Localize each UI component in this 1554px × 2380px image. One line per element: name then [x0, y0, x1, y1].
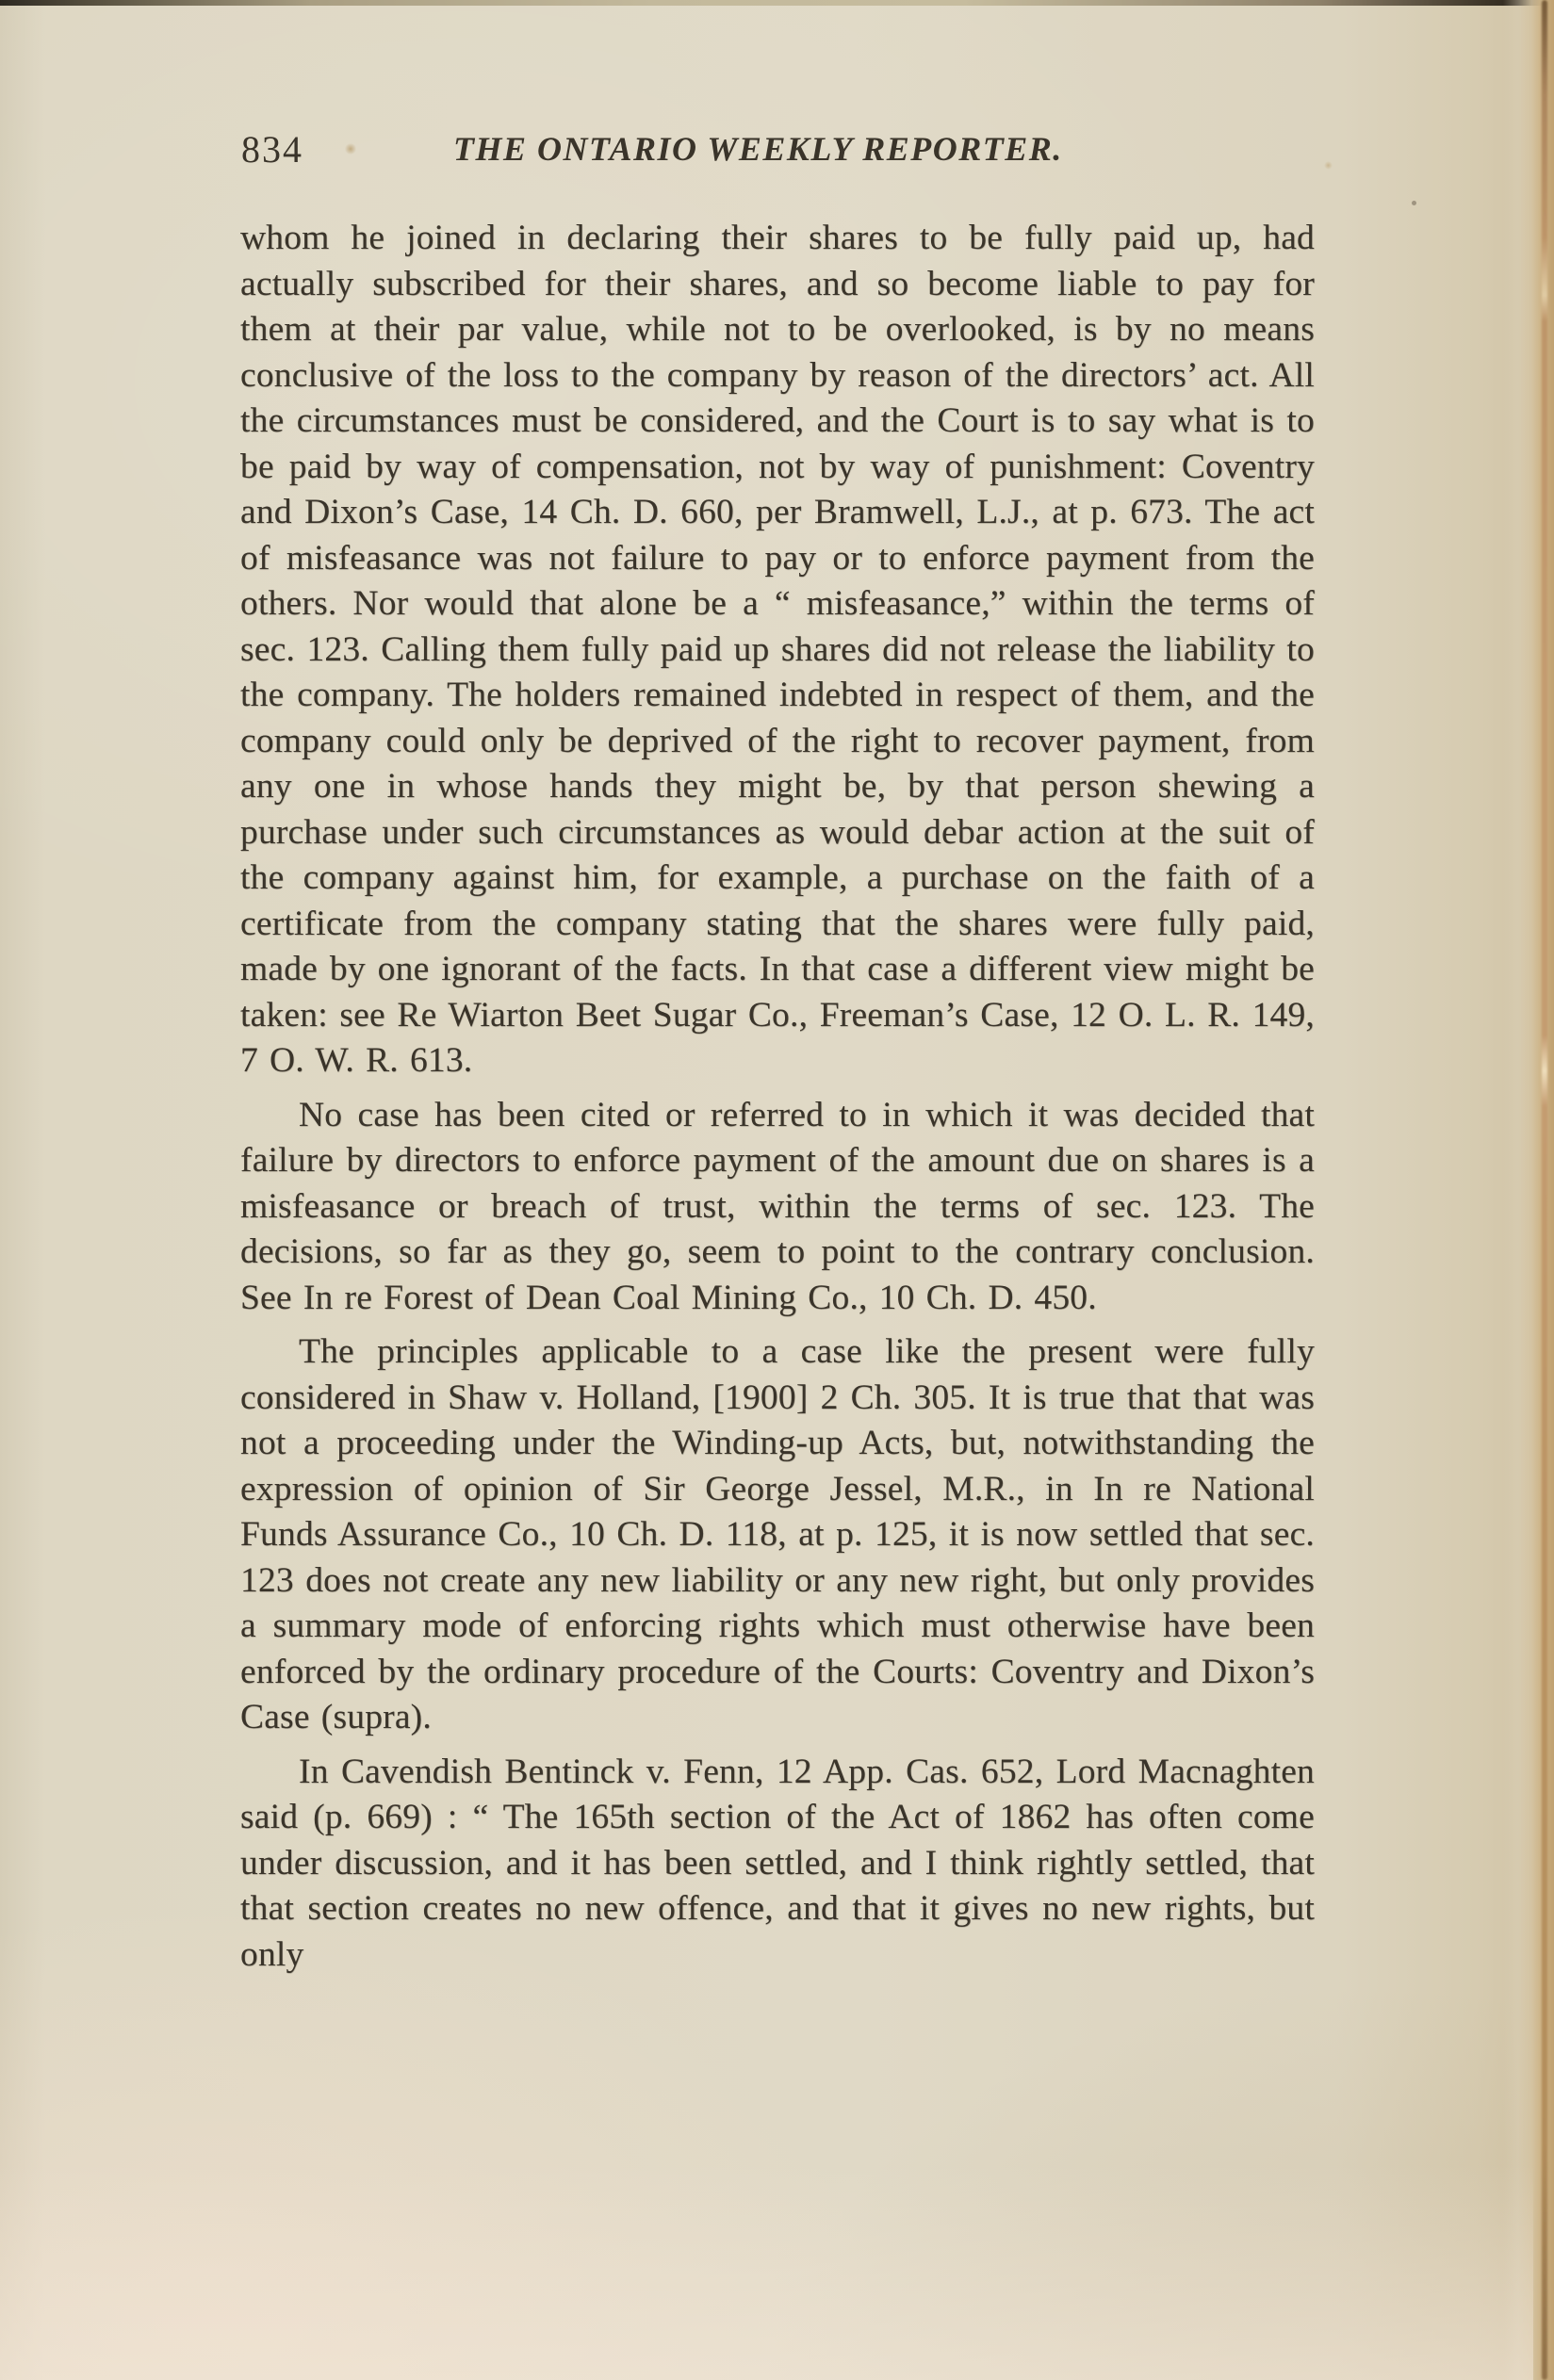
text-column: whom he joined in declaring their shares…	[240, 216, 1315, 1978]
bottom-lighting	[0, 2163, 1533, 2380]
paragraph: No case has been cited or referred to in…	[240, 1093, 1315, 1322]
running-head: 834 THE ONTARIO WEEKLY REPORTER.	[0, 0, 1554, 198]
scanned-page: 834 THE ONTARIO WEEKLY REPORTER. whom he…	[0, 0, 1554, 2380]
paragraph: The principles applicable to a case like…	[240, 1329, 1315, 1741]
paragraph: In Cavendish Bentinck v. Fenn, 12 App. C…	[240, 1750, 1315, 1979]
page-number: 834	[241, 131, 303, 169]
paragraph-continuation: whom he joined in declaring their shares…	[240, 216, 1315, 1084]
paper-speck	[1412, 201, 1416, 205]
page-edge-line	[1542, 0, 1547, 2380]
running-title: THE ONTARIO WEEKLY REPORTER.	[453, 132, 1063, 166]
